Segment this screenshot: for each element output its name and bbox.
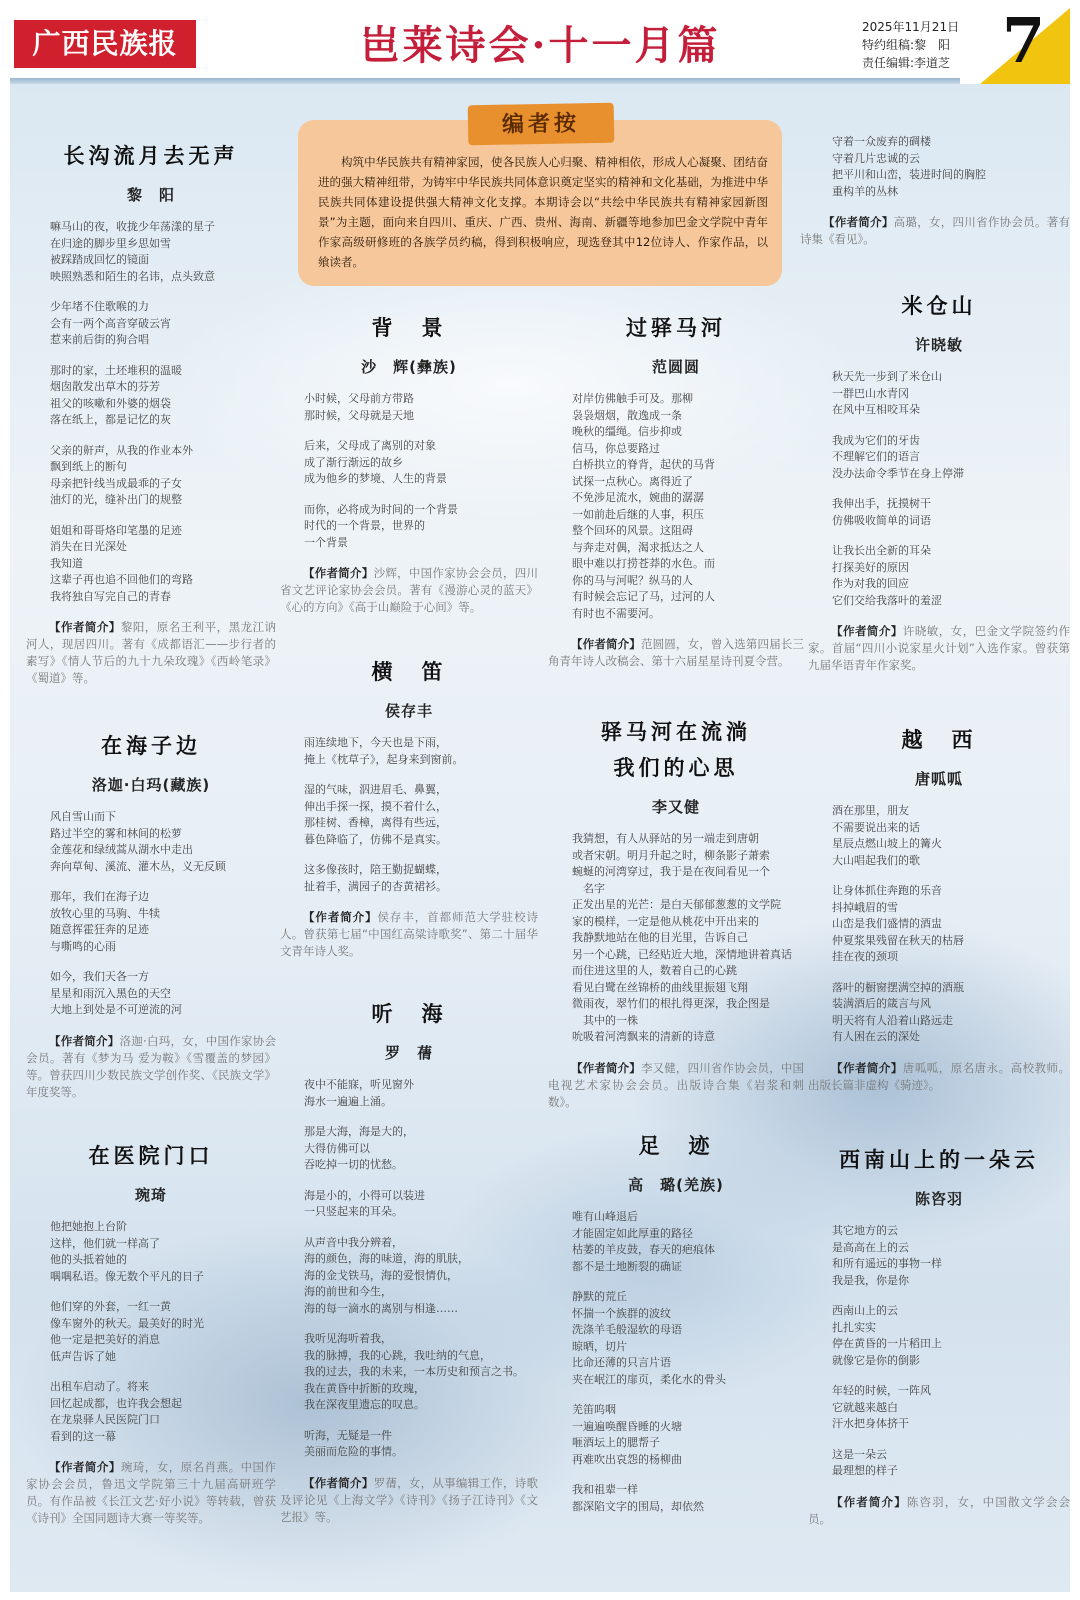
stanza: 嘛马山的夜，收拢少年荡漾的星子在归途的脚步里乡思如雪被踩踏成回忆的镜面映照熟悉和…: [50, 219, 276, 285]
poem-line: 试探一点秋心。离得近了: [572, 474, 804, 491]
author-bio-tag: 【作者简介】: [303, 566, 374, 580]
poem-line: 他的头抵着她的: [50, 1252, 276, 1269]
author-bio-tag: 【作者简介】: [831, 624, 903, 638]
poem-line: 枯萎的羊皮鼓，春天的疤痕体: [572, 1242, 804, 1259]
author-bio: 【作者简介】高璐，女，四川省作协会员。著有诗集《看见》。: [800, 214, 1070, 248]
stanza: 西南山上的云扎扎实实停在黄昏的一片稻田上就像它是你的倒影: [832, 1303, 1070, 1369]
poem-line: 后来，父母成了离别的对象: [304, 438, 538, 455]
poem-line: 仲夏浆果残留在秋天的枯唇: [832, 933, 1070, 950]
poem-line: 看到的这一幕: [50, 1429, 276, 1446]
poem-line: 汗水把身体挤干: [832, 1416, 1070, 1433]
poem-author: 李又健: [548, 796, 804, 817]
poem-line: 我猜想，有人从驿站的另一端走到唐朝: [572, 831, 804, 848]
poem-line: 他一定是把美好的消息: [50, 1332, 276, 1349]
poem-body: 秋天先一步到了米仓山一群巴山水青冈在风中互相咬耳朵我成为它们的牙齿不理解它们的语…: [808, 369, 1070, 609]
poem-title: 听 海: [280, 998, 538, 1028]
author-bio-tag: 【作者简介】: [831, 1495, 907, 1509]
poem-micangshan: 米仓山许晓敏秋天先一步到了米仓山一群巴山水青冈在风中互相咬耳朵我成为它们的牙齿不…: [808, 290, 1070, 674]
poem-line: 父亲的鼾声，从我的作业本外: [50, 443, 276, 460]
poem-line: 这是一朵云: [832, 1447, 1070, 1464]
poem-line: 有时候会忘记了马，过河的人: [572, 589, 804, 606]
poem-line: 吮吸着河湾飘来的清新的诗意: [572, 1029, 804, 1046]
poem-body: 嘛马山的夜，收拢少年荡漾的星子在归途的脚步里乡思如雪被踩踏成回忆的镜面映照熟悉和…: [26, 219, 276, 605]
stanza: 姐姐和哥哥烙印笔墨的足迹消失在日光深处我知道这辈子再也追不回他们的弯路我将独自写…: [50, 523, 276, 606]
masthead: 广西民族报 岜莱诗会·十一月篇 2025年11月21日 特约组稿:黎 阳 责任编…: [0, 0, 1080, 82]
poem-line: 有时也不需要河。: [572, 606, 804, 623]
poem-line: 海水一遍遍上涌。: [304, 1094, 538, 1111]
poem-line: 会有一两个高音穿破云宵: [50, 316, 276, 333]
stanza: 我成为它们的牙齿不理解它们的语言没办法命令季节在身上停滞: [832, 433, 1070, 483]
poem-title: 越 西: [808, 724, 1070, 754]
stanza: 落叶的橱窗摆满空掉的酒瓶装满酒后的箴言与风明天将有人沿着山路远走有人困在云的深处: [832, 980, 1070, 1046]
poem-title: 西南山上的一朵云: [808, 1144, 1070, 1174]
page-number-badge: 7: [980, 8, 1070, 84]
poem-author: 黎 阳: [26, 184, 276, 205]
poem-line: 在归途的脚步里乡思如雪: [50, 236, 276, 253]
poem-line: 海是小的，小得可以装进: [304, 1188, 538, 1205]
poem-guo-yimahe: 过驿马河范圆圆对岸仿佛触手可及。那柳袅袅烟烟，散逸成一条晚秋的缰绳。信步抑或信马…: [548, 312, 804, 670]
poem-line: 扯着手，满园子的杏黄裙衫。: [304, 879, 538, 896]
poem-title: 驿马河在流淌我们的心思: [548, 716, 804, 782]
poem-zuji-continued: 守着一众废弃的碉楼守着几片忠诚的云把平川和山峦，装进时间的胸腔重构羊的丛林【作者…: [808, 134, 1070, 248]
poem-line: 与奔走对偶，渴求抵达之人: [572, 540, 804, 557]
poem-line: 海的金戈铁马，海的爱恨情仇，: [304, 1268, 538, 1285]
poem-line: 山峦是我们盛情的酒盅: [832, 916, 1070, 933]
author-bio: 【作者简介】沙辉，中国作家协会会员，四川省文艺评论家协会会员。著有《漫游心灵的蓝…: [280, 565, 538, 616]
stanza: 听海，无疑是一件美丽而危险的事情。: [304, 1428, 538, 1461]
poem-line: 大地上到处是不可逆流的河: [50, 1002, 276, 1019]
poem-line: 秋天先一步到了米仓山: [832, 369, 1070, 386]
poem-line: 夹在岷江的扉页，柔化水的骨头: [572, 1372, 804, 1389]
stanza: 父亲的鼾声，从我的作业本外飘到纸上的断句母亲把针线当成最乖的子女油灯的光，缝补出…: [50, 443, 276, 509]
stanza: 静默的荒丘怀揣一个族群的波纹洗涤羊毛般湿软的母语晾晒，切片比命还薄的只言片语夹在…: [572, 1289, 804, 1388]
author-bio-tag: 【作者简介】: [49, 620, 121, 634]
poem-line: 那时候，父母就是天地: [304, 408, 538, 425]
poem-body: 风自雪山而下路过半空的雾和林间的松萝金莲花和绿绒蒿从湖水中走出奔向草甸、溪流、灌…: [26, 809, 276, 1019]
poem-line: 守着一众废弃的碉楼: [832, 134, 1070, 151]
poem-line: 喁喁私语。像无数个平凡的日子: [50, 1269, 276, 1286]
poem-line: 听海，无疑是一件: [304, 1428, 538, 1445]
poem-line: 挂在夜的颈项: [832, 949, 1070, 966]
poem-line: 家的模样，一定是他从桃花中开出来的: [572, 914, 804, 931]
stanza: 这是一朵云最理想的样子: [832, 1447, 1070, 1480]
poem-line: 路过半空的雾和林间的松萝: [50, 826, 276, 843]
poem-zai-haizi-bian: 在海子边洛迦·白玛(藏族)风自雪山而下路过半空的雾和林间的松萝金莲花和绿绒蒿从湖…: [26, 730, 276, 1101]
editor-note-text: 构筑中华民族共有精神家园，使各民族人心归聚、精神相依，形成人心凝聚、团结奋进的强…: [318, 152, 768, 272]
poem-line: 微雨夜，翠竹们的根扎得更深，我企图是: [572, 996, 804, 1013]
poem-title: 横 笛: [280, 656, 538, 686]
poem-line: 对岸仿佛触手可及。那柳: [572, 391, 804, 408]
poem-line: 嘛马山的夜，收拢少年荡漾的星子: [50, 219, 276, 236]
poem-line: 落在纸上，都是记忆的灰: [50, 412, 276, 429]
author-bio: 【作者简介】范圆圆，女，曾入选第四届长三角青年诗人改稿会、第十六届星星诗刊夏令营…: [548, 636, 804, 670]
poem-line: 那年，我们在海子边: [50, 889, 276, 906]
stanza: 那年，我们在海子边放牧心里的马驹、牛犊随意挥霍狂奔的足迹与嘶鸣的心雨: [50, 889, 276, 955]
poem-author: 陈咨羽: [808, 1188, 1070, 1209]
poem-body: 小时候，父母前方带路那时候，父母就是天地后来，父母成了离别的对象成了渐行渐远的故…: [280, 391, 538, 551]
poem-title: 背 景: [280, 312, 538, 342]
author-bio: 【作者简介】黎阳，原名王利平，黑龙江讷河人，现居四川。著有《成都语汇——步行者的…: [26, 619, 276, 687]
stanza: 让我长出全新的耳朵打探美好的原因作为对我的回应它们交给我落叶的羞涩: [832, 543, 1070, 609]
poem-title: 在医院门口: [26, 1140, 276, 1170]
poem-body: 其它地方的云是高高在上的云和所有遥远的事物一样我是我，你是你西南山上的云扎扎实实…: [808, 1223, 1070, 1480]
poem-line: 我伸出手，抚摸树干: [832, 496, 1070, 513]
poem-line: 少年堵不住歌喉的力: [50, 299, 276, 316]
poem-line: 白桥拱立的脊背，起伏的马背: [572, 457, 804, 474]
poem-line: 暮色降临了，仿佛不是真实。: [304, 832, 538, 849]
poem-line: 年轻的时候，一阵风: [832, 1383, 1070, 1400]
stanza: 其它地方的云是高高在上的云和所有遥远的事物一样我是我，你是你: [832, 1223, 1070, 1289]
poem-line: 一只竖起来的耳朵。: [304, 1204, 538, 1221]
stanza: 夜中不能寐，听见窗外海水一遍遍上涌。: [304, 1077, 538, 1110]
poem-author: 侯存丰: [280, 700, 538, 721]
poem-line: 飘到纸上的断句: [50, 459, 276, 476]
poem-line: 作为对我的回应: [832, 576, 1070, 593]
poem-line: 金莲花和绿绒蒿从湖水中走出: [50, 842, 276, 859]
poem-line: 放牧心里的马驹、牛犊: [50, 906, 276, 923]
poem-line: 我知道: [50, 556, 276, 573]
poem-line: 和所有遥远的事物一样: [832, 1256, 1070, 1273]
poem-line: 洗涤羊毛般湿软的母语: [572, 1322, 804, 1339]
poem-line: 与嘶鸣的心雨: [50, 939, 276, 956]
poem-line: 美丽而危险的事情。: [304, 1444, 538, 1461]
author-bio-tag: 【作者简介】: [831, 1061, 903, 1075]
poem-title: 长沟流月去无声: [26, 140, 276, 170]
poem-line: 它就越来越白: [832, 1400, 1070, 1417]
stanza: 出租车启动了。将来回忆起成都，也许我会想起在龙泉驿人民医院门口看到的这一幕: [50, 1379, 276, 1445]
poem-body: 夜中不能寐，听见窗外海水一遍遍上涌。那是大海，海是大的，大得仿佛可以吞吃掉一切的…: [280, 1077, 538, 1461]
page-meta: 2025年11月21日 特约组稿:黎 阳 责任编辑:李道芝: [862, 18, 959, 72]
special-editor: 特约组稿:黎 阳: [862, 36, 959, 54]
poem-body: 酒在那里，朋友不需要说出来的话星辰点燃山坡上的篝火大山唱起我们的歌让身体抓住奔跑…: [808, 803, 1070, 1046]
poem-line: 我和祖辈一样: [572, 1482, 804, 1499]
poem-line: 让我长出全新的耳朵: [832, 543, 1070, 560]
poem-line: 唯有山峰退后: [572, 1209, 804, 1226]
poem-line: 不需要说出来的话: [832, 820, 1070, 837]
poem-line: 一群巴山水青冈: [832, 386, 1070, 403]
poem-body: 雨连续地下，今天也是下雨，掩上《枕草子》，起身来到窗前。湿的气味，泅进眉毛、鼻翼…: [280, 735, 538, 895]
poem-yuexi: 越 西唐呱呱酒在那里，朋友不需要说出来的话星辰点燃山坡上的篝火大山唱起我们的歌让…: [808, 724, 1070, 1094]
poem-line: 都深陷文字的围局，却依然: [572, 1499, 804, 1516]
stanza: 我和祖辈一样都深陷文字的围局，却依然: [572, 1482, 804, 1515]
poem-line: 其中的一株: [572, 1013, 804, 1030]
poem-line: 名字: [572, 881, 804, 898]
poem-line: 抖掉峨眉的雪: [832, 900, 1070, 917]
poem-line: 被踩踏成回忆的镜面: [50, 252, 276, 269]
stanza: 唯有山峰退后才能固定如此厚重的路径枯萎的羊皮鼓，春天的疤痕体都不是土地断裂的确证: [572, 1209, 804, 1275]
stanza: 让身体抓住奔跑的乐音抖掉峨眉的雪山峦是我们盛情的酒盅仲夏浆果残留在秋天的枯唇挂在…: [832, 883, 1070, 966]
poem-line: 重构羊的丛林: [832, 184, 1070, 201]
poem-line: 酒在那里，朋友: [832, 803, 1070, 820]
poem-line: 雨连续地下，今天也是下雨，: [304, 735, 538, 752]
issue-date: 2025年11月21日: [862, 18, 959, 36]
stanza: 他把她抱上台阶这样，他们就一样高了他的头抵着她的喁喁私语。像无数个平凡的日子: [50, 1219, 276, 1285]
stanza: 这多像孩时，陪王勤捉蝴蝶，扯着手，满园子的杏黄裙衫。: [304, 862, 538, 895]
stanza: 羌笛呜咽一遍遍唤醒昏睡的火塘咂酒坛上的腮帮子再难吹出哀怨的杨柳曲: [572, 1402, 804, 1468]
author-bio-tag: 【作者简介】: [49, 1034, 120, 1048]
stanza: 小时候，父母前方带路那时候，父母就是天地: [304, 391, 538, 424]
poem-line: 一如前赴后继的人事，积压: [572, 507, 804, 524]
poem-line: 眼中难以打捞苍莽的水色。而: [572, 556, 804, 573]
poem-line: 那是大海，海是大的，: [304, 1124, 538, 1141]
poem-line: 把平川和山峦，装进时间的胸腔: [832, 167, 1070, 184]
poem-zuji: 足 迹高 璐(羌族)唯有山峰退后才能固定如此厚重的路径枯萎的羊皮鼓，春天的疤痕体…: [548, 1130, 804, 1529]
poem-line: 或者宋朝。明月升起之时，柳条影子萧索: [572, 848, 804, 865]
poem-line: 打探美好的原因: [832, 560, 1070, 577]
page-title: 岜莱诗会·十一月篇: [330, 14, 750, 71]
poem-line: 他把她抱上台阶: [50, 1219, 276, 1236]
poem-line: 正发出星的光芒：是白天郁郁葱葱的文学院: [572, 897, 804, 914]
poem-line: 成为他乡的梦境、人生的背景: [304, 471, 538, 488]
stanza: 风自雪山而下路过半空的雾和林间的松萝金莲花和绿绒蒿从湖水中走出奔向草甸、溪流、灌…: [50, 809, 276, 875]
stanza: 海是小的，小得可以装进一只竖起来的耳朵。: [304, 1188, 538, 1221]
stanza: 雨连续地下，今天也是下雨，掩上《枕草子》，起身来到窗前。: [304, 735, 538, 768]
stanza: 那是大海，海是大的，大得仿佛可以吞吃掉一切的忧愁。: [304, 1124, 538, 1174]
poem-line: 惹来前后街的狗合唱: [50, 332, 276, 349]
poem-line: 扎扎实实: [832, 1320, 1070, 1337]
poem-xinan-shanshang-yunduo: 西南山上的一朵云陈咨羽其它地方的云是高高在上的云和所有遥远的事物一样我是我，你是…: [808, 1144, 1070, 1528]
poem-author: 唐呱呱: [808, 768, 1070, 789]
poem-line: 烟囱散发出草木的芬芳: [50, 379, 276, 396]
poem-line: 随意挥霍狂奔的足迹: [50, 922, 276, 939]
poem-body: 唯有山峰退后才能固定如此厚重的路径枯萎的羊皮鼓，春天的疤痕体都不是土地断裂的确证…: [548, 1209, 804, 1515]
poem-author: 高 璐(羌族): [548, 1174, 804, 1195]
poem-line: 回忆起成都，也许我会想起: [50, 1396, 276, 1413]
poem-line: 它们交给我落叶的羞涩: [832, 593, 1070, 610]
poem-tinghai: 听 海罗 蒨夜中不能寐，听见窗外海水一遍遍上涌。那是大海，海是大的，大得仿佛可以…: [280, 998, 538, 1526]
poem-line: 时代的一个背景，世界的: [304, 518, 538, 535]
page-number: 7: [1002, 4, 1045, 77]
poem-line: 看见白鹭在丝锦桥的曲线里振翅飞翔: [572, 980, 804, 997]
poem-line: 大得仿佛可以: [304, 1141, 538, 1158]
poem-line: 海的颜色，海的味道，海的肌肤，: [304, 1251, 538, 1268]
poem-author: 沙 辉(彝族): [280, 356, 538, 377]
poem-body: 守着一众废弃的碉楼守着几片忠诚的云把平川和山峦，装进时间的胸腔重构羊的丛林: [808, 134, 1070, 200]
poem-line: 小时候，父母前方带路: [304, 391, 538, 408]
poem-title: 足 迹: [548, 1130, 804, 1160]
poem-line: 袅袅烟烟，散逸成一条: [572, 408, 804, 425]
poem-line: 星星和雨沉入黑色的天空: [50, 986, 276, 1003]
poem-line: 吞吃掉一切的忧愁。: [304, 1157, 538, 1174]
poem-line: 这多像孩时，陪王勤捉蝴蝶，: [304, 862, 538, 879]
poem-title-line: 我们的心思: [548, 752, 804, 782]
poem-line: 没办法命令季节在身上停滞: [832, 466, 1070, 483]
poem-line: 海的每一滴水的离别与相逢……: [304, 1301, 538, 1318]
poem-line: 仿佛吸收简单的词语: [832, 513, 1070, 530]
author-bio: 【作者简介】陈咨羽，女，中国散文学会会员。: [808, 1494, 1070, 1528]
poem-line: 西南山上的云: [832, 1303, 1070, 1320]
poem-line: 如今，我们天各一方: [50, 969, 276, 986]
poem-line: 我听见海听着我，: [304, 1331, 538, 1348]
author-bio-tag: 【作者简介】: [49, 1460, 121, 1474]
stanza: 我猜想，有人从驿站的另一端走到唐朝或者宋朝。明月升起之时，柳条影子萧索蜿蜒的河湾…: [572, 831, 804, 1046]
poem-line: 他们穿的外套，一红一黄: [50, 1299, 276, 1316]
poem-hengdi: 横 笛侯存丰雨连续地下，今天也是下雨，掩上《枕草子》，起身来到窗前。湿的气味，泅…: [280, 656, 538, 960]
author-bio: 【作者简介】李又健，四川省作协会员，中国电视艺术家协会会员。出版诗合集《岩浆和刺…: [548, 1060, 804, 1111]
poem-line: 从声音中我分辨着，: [304, 1235, 538, 1252]
poem-beijing: 背 景沙 辉(彝族)小时候，父母前方带路那时候，父母就是天地后来，父母成了离别的…: [280, 312, 538, 616]
poem-line: 像车窗外的秋天。最美好的时光: [50, 1316, 276, 1333]
poem-line: 才能固定如此厚重的路径: [572, 1226, 804, 1243]
poem-line: 海的前世和今生，: [304, 1284, 538, 1301]
poem-line: 星辰点燃山坡上的篝火: [832, 836, 1070, 853]
poem-line: 消失在日光深处: [50, 539, 276, 556]
poem-line: 再难吹出哀怨的杨柳曲: [572, 1452, 804, 1469]
poem-line: 另一个心跳，已经贴近大地，深情地讲着真话: [572, 947, 804, 964]
stanza: 如今，我们天各一方星星和雨沉入黑色的天空大地上到处是不可逆流的河: [50, 969, 276, 1019]
poem-author: 罗 蒨: [280, 1042, 538, 1063]
poem-title: 米仓山: [808, 290, 1070, 320]
poem-line: 整个回环的风景。这阻碍: [572, 523, 804, 540]
poem-line: 这样，他们就一样高了: [50, 1236, 276, 1253]
poem-title: 在海子边: [26, 730, 276, 760]
author-bio: 【作者简介】许晓敏，女，巴金文学院签约作家。首届“四川小说家星火计划”入选作家。…: [808, 623, 1070, 674]
poem-line: 我在黄昏中折断的玫瑰，: [304, 1381, 538, 1398]
poem-line: 我在深夜里遗忘的叹息。: [304, 1397, 538, 1414]
stanza: 年轻的时候，一阵风它就越来越白汗水把身体挤干: [832, 1383, 1070, 1433]
author-bio: 【作者简介】罗蒨，女，从事编辑工作，诗歌及评论见《上海文学》《诗刊》《扬子江诗刊…: [280, 1475, 538, 1526]
poem-line: 风自雪山而下: [50, 809, 276, 826]
poem-line: 而你，必将成为时间的一个背景: [304, 502, 538, 519]
poem-line: 咂酒坛上的腮帮子: [572, 1435, 804, 1452]
poem-line: 我成为它们的牙齿: [832, 433, 1070, 450]
stanza: 对岸仿佛触手可及。那柳袅袅烟烟，散逸成一条晚秋的缰绳。信步抑或信马，你总要路过白…: [572, 391, 804, 622]
poem-line: 这辈子再也追不回他们的弯路: [50, 572, 276, 589]
poem-line: 我是我，你是你: [832, 1273, 1070, 1290]
poem-line: 母亲把针线当成最乖的子女: [50, 476, 276, 493]
poem-line: 在风中互相咬耳朵: [832, 402, 1070, 419]
poem-line: 信马，你总要路过: [572, 441, 804, 458]
poem-line: 映照熟悉和陌生的名讳，点头致意: [50, 269, 276, 286]
poem-line: 让身体抓住奔跑的乐音: [832, 883, 1070, 900]
poem-line: 你的马与河呢？纵马的人: [572, 573, 804, 590]
poem-line: 守着几片忠诚的云: [832, 151, 1070, 168]
stanza: 湿的气味，泅进眉毛、鼻翼，伸出手探一探，摸不着什么，那桂树、香樟，离得有些远，暮…: [304, 782, 538, 848]
author-bio: 【作者简介】洛迦·白玛，女，中国作家协会会员。著有《梦为马 爱为鞍》《雪覆盖的梦…: [26, 1033, 276, 1101]
poem-line: 一个背景: [304, 535, 538, 552]
poem-line: 不免涉足流水，婉曲的潺潺: [572, 490, 804, 507]
poem-author: 范圆圆: [548, 356, 804, 377]
poem-line: 落叶的橱窗摆满空掉的酒瓶: [832, 980, 1070, 997]
poem-line: 我静默地站在他的目光里，告诉自己: [572, 930, 804, 947]
poem-author: 琬琦: [26, 1184, 276, 1205]
stanza: 他们穿的外套，一红一黄像车窗外的秋天。最美好的时光他一定是把美好的消息低声告诉了…: [50, 1299, 276, 1365]
poem-line: 一遍遍唤醒昏睡的火塘: [572, 1419, 804, 1436]
author-bio-tag: 【作者简介】: [571, 1061, 641, 1075]
stanza: 少年堵不住歌喉的力会有一两个高音穿破云宵惹来前后街的狗合唱: [50, 299, 276, 349]
poem-body: 他把她抱上台阶这样，他们就一样高了他的头抵着她的喁喁私语。像无数个平凡的日子他们…: [26, 1219, 276, 1445]
poem-zai-yiyuan-menkou: 在医院门口琬琦他把她抱上台阶这样，他们就一样高了他的头抵着她的喁喁私语。像无数个…: [26, 1140, 276, 1527]
poem-changgou: 长沟流月去无声黎 阳嘛马山的夜，收拢少年荡漾的星子在归途的脚步里乡思如雪被踩踏成…: [26, 140, 276, 687]
poem-line: 都不是土地断裂的确证: [572, 1259, 804, 1276]
poem-line: 出租车启动了。将来: [50, 1379, 276, 1396]
poem-line: 羌笛呜咽: [572, 1402, 804, 1419]
author-bio: 【作者简介】侯存丰，首都师范大学驻校诗人。曾获第七届“中国红高粱诗歌奖”、第二十…: [280, 909, 538, 960]
poem-line: 而住进这里的人，数着自己的心跳: [572, 963, 804, 980]
stanza: 后来，父母成了离别的对象成了渐行渐远的故乡成为他乡的梦境、人生的背景: [304, 438, 538, 488]
poem-author: 洛迦·白玛(藏族): [26, 774, 276, 795]
stanza: 守着一众废弃的碉楼守着几片忠诚的云把平川和山峦，装进时间的胸腔重构羊的丛林: [832, 134, 1070, 200]
poem-line: 晾晒，切片: [572, 1339, 804, 1356]
stanza: 酒在那里，朋友不需要说出来的话星辰点燃山坡上的篝火大山唱起我们的歌: [832, 803, 1070, 869]
stanza: 从声音中我分辨着，海的颜色，海的味道，海的肌肤，海的金戈铁马，海的爱恨情仇，海的…: [304, 1235, 538, 1318]
poem-line: 最理想的样子: [832, 1463, 1070, 1480]
poem-line: 掩上《枕草子》，起身来到窗前。: [304, 752, 538, 769]
editor-note-label: 编者按: [468, 103, 615, 146]
newspaper-logo: 广西民族报: [14, 20, 196, 68]
poem-line: 伸出手探一探，摸不着什么，: [304, 799, 538, 816]
poem-line: 大山唱起我们的歌: [832, 853, 1070, 870]
poem-line: 怀揣一个族群的波纹: [572, 1306, 804, 1323]
poem-line: 晚秋的缰绳。信步抑或: [572, 424, 804, 441]
poem-line: 蜿蜒的河湾穿过，我于是在夜间看见一个: [572, 864, 804, 881]
poem-line: 那桂树、香樟，离得有些远，: [304, 815, 538, 832]
poem-line: 比命还薄的只言片语: [572, 1355, 804, 1372]
poem-yimahe-liutang: 驿马河在流淌我们的心思李又健我猜想，有人从驿站的另一端走到唐朝或者宋朝。明月升起…: [548, 716, 804, 1111]
author-bio: 【作者简介】唐呱呱，原名唐永。高校教师。出版长篇非虚构《骑迹》。: [808, 1060, 1070, 1094]
author-bio-tag: 【作者简介】: [303, 910, 378, 924]
poem-line: 我将独自写完自己的青春: [50, 589, 276, 606]
author-bio: 【作者简介】琬琦，女，原名肖燕。中国作家协会会员，鲁迅文学院第三十九届高研班学员…: [26, 1459, 276, 1527]
poem-line: 其它地方的云: [832, 1223, 1070, 1240]
poem-title-line: 驿马河在流淌: [548, 716, 804, 746]
author-bio-tag: 【作者简介】: [303, 1476, 374, 1490]
poem-line: 祖父的咳嗽和外婆的烟袋: [50, 396, 276, 413]
poem-line: 姐姐和哥哥烙印笔墨的足迹: [50, 523, 276, 540]
author-bio-tag: 【作者简介】: [823, 215, 894, 229]
poem-line: 那时的家，土坯堆积的温暖: [50, 363, 276, 380]
poem-line: 就像它是你的倒影: [832, 1353, 1070, 1370]
poem-line: 我的过去，我的未来，一本历史和预言之书。: [304, 1364, 538, 1381]
poem-line: 不理解它们的语言: [832, 449, 1070, 466]
poem-line: 停在黄昏的一片稻田上: [832, 1336, 1070, 1353]
author-bio-tag: 【作者简介】: [571, 637, 641, 651]
poem-line: 奔向草甸、溪流、灌木丛，义无反顾: [50, 859, 276, 876]
poem-line: 静默的荒丘: [572, 1289, 804, 1306]
stanza: 我听见海听着我，我的脉搏，我的心跳，我吐纳的气息，我的过去，我的未来，一本历史和…: [304, 1331, 538, 1414]
poem-author: 许晓敏: [808, 334, 1070, 355]
poem-line: 有人困在云的深处: [832, 1029, 1070, 1046]
poem-body: 我猜想，有人从驿站的另一端走到唐朝或者宋朝。明月升起之时，柳条影子萧索蜿蜒的河湾…: [548, 831, 804, 1046]
stanza: 秋天先一步到了米仓山一群巴山水青冈在风中互相咬耳朵: [832, 369, 1070, 419]
poem-line: 明天将有人沿着山路远走: [832, 1013, 1070, 1030]
poem-line: 装满酒后的箴言与风: [832, 996, 1070, 1013]
poem-line: 低声告诉了她: [50, 1349, 276, 1366]
stanza: 我伸出手，抚摸树干仿佛吸收简单的词语: [832, 496, 1070, 529]
poem-title: 过驿马河: [548, 312, 804, 342]
stanza: 那时的家，土坯堆积的温暖烟囱散发出草木的芬芳祖父的咳嗽和外婆的烟袋落在纸上，都是…: [50, 363, 276, 429]
poem-line: 在龙泉驿人民医院门口: [50, 1412, 276, 1429]
poem-line: 油灯的光，缝补出门的规整: [50, 492, 276, 509]
poem-line: 夜中不能寐，听见窗外: [304, 1077, 538, 1094]
poem-line: 是高高在上的云: [832, 1240, 1070, 1257]
poem-line: 成了渐行渐远的故乡: [304, 455, 538, 472]
poem-line: 湿的气味，泅进眉毛、鼻翼，: [304, 782, 538, 799]
poem-body: 对岸仿佛触手可及。那柳袅袅烟烟，散逸成一条晚秋的缰绳。信步抑或信马，你总要路过白…: [548, 391, 804, 622]
stanza: 而你，必将成为时间的一个背景时代的一个背景，世界的一个背景: [304, 502, 538, 552]
poem-line: 我的脉搏，我的心跳，我吐纳的气息，: [304, 1348, 538, 1365]
responsible-editor: 责任编辑:李道芝: [862, 54, 959, 72]
